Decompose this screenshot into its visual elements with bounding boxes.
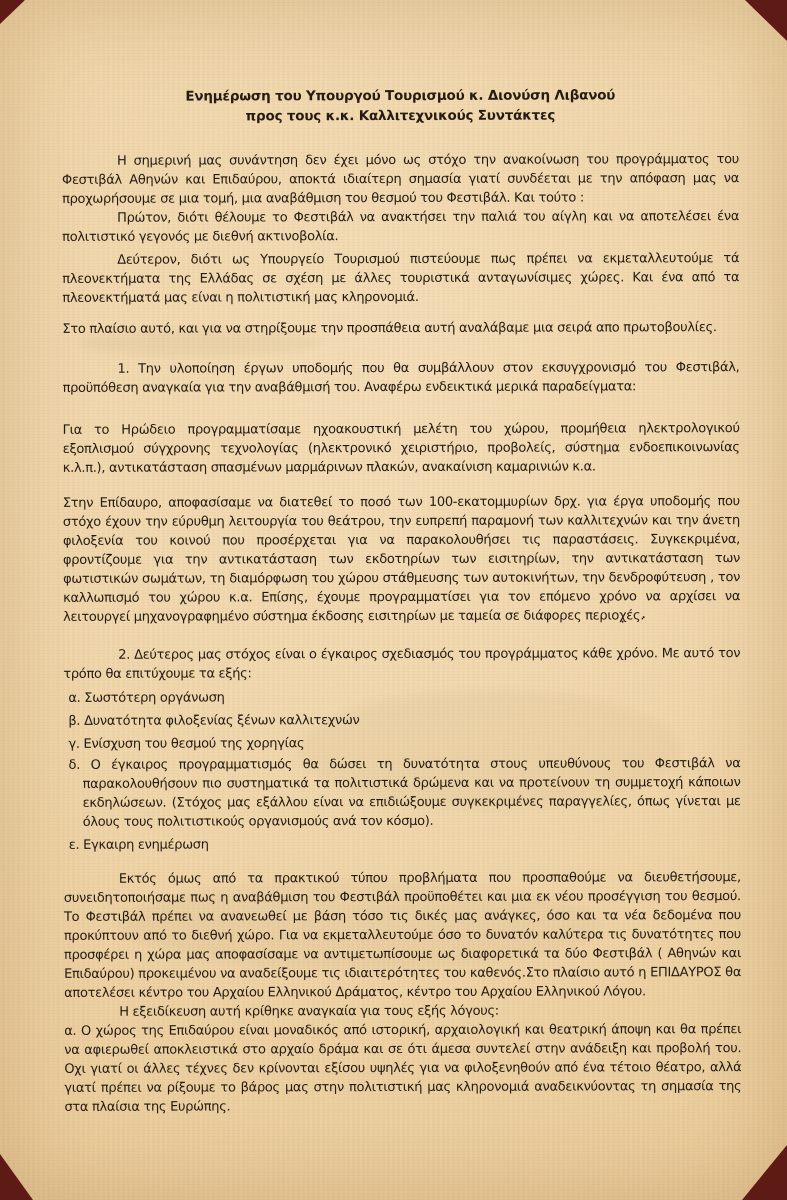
paragraph-epidavros: Στην Επίδαυρο, αποφασίσαμε να διατεθεί τ… — [63, 492, 740, 627]
paragraph-alpha-final: α. Ο χώρος της Επιδαύρου είναι μοναδικός… — [64, 1020, 741, 1117]
paragraph-intro: Η σημερινή μας συνάντηση δεν έχει μόνο ω… — [62, 150, 739, 209]
paragraph-item-2: 2. Δεύτερος μας στόχος είναι ο έγκαιρος … — [63, 644, 740, 684]
title-line-2: προς τους κ.κ. Καλλιτεχνικούς Συντάκτες — [62, 105, 739, 127]
scan-corner-mark-bottom-right — [742, 1145, 787, 1200]
list-item-gamma: γ. Ενίσχυση του θεσμού της χορηγίας — [63, 733, 740, 754]
paragraph-proton: Πρώτον, διότι θέλουμε το Φεστιβάλ να ανα… — [62, 207, 739, 247]
scanned-document-page: Ενημέρωση του Υπουργού Τουρισμού κ. Διον… — [0, 0, 787, 1200]
paragraph-item-1: 1. Την υλοποίηση έργων υποδομής που θα σ… — [62, 358, 739, 398]
scan-corner-mark-bottom-left — [0, 1154, 33, 1200]
paragraph-exidikefsi: Η εξειδίκευση αυτή κρίθηκε αναγκαία για … — [64, 1001, 741, 1022]
paragraph-irodio: Για το Ηρώδειο προγραμματίσαμε ηχοακουστ… — [63, 419, 740, 478]
list-item-epsilon: ε. Εγκαιρη ενημέρωση — [64, 834, 741, 855]
paragraph-ektos: Εκτός όμως από τα πρακτικού τύπου προβλή… — [64, 868, 741, 1003]
title-line-1: Ενημέρωση του Υπουργού Τουρισμού κ. Διον… — [62, 85, 739, 107]
document-body: Ενημέρωση του Υπουργού Τουρισμού κ. Διον… — [62, 0, 742, 1117]
paragraph-plaisio: Στο πλαίσιο αυτό, και για να στηρίξουμε … — [62, 318, 739, 339]
scan-corner-mark-top-left — [0, 0, 25, 24]
list-item-alpha: α. Σωστότερη οργάνωση — [63, 687, 740, 708]
paragraph-defteron: Δεύτερον, διότι ως Υπουργείο Τουρισμού π… — [62, 249, 739, 308]
document-title: Ενημέρωση του Υπουργού Τουρισμού κ. Διον… — [62, 85, 739, 127]
list-item-delta: δ. Ο έγκαιρος προγραμματισμός θα δώσει τ… — [64, 754, 741, 832]
scan-corner-mark-top-right — [745, 0, 787, 41]
list-item-beta: β. Δυνατότητα φιλοξενίας ξένων καλλιτεχν… — [63, 710, 740, 731]
